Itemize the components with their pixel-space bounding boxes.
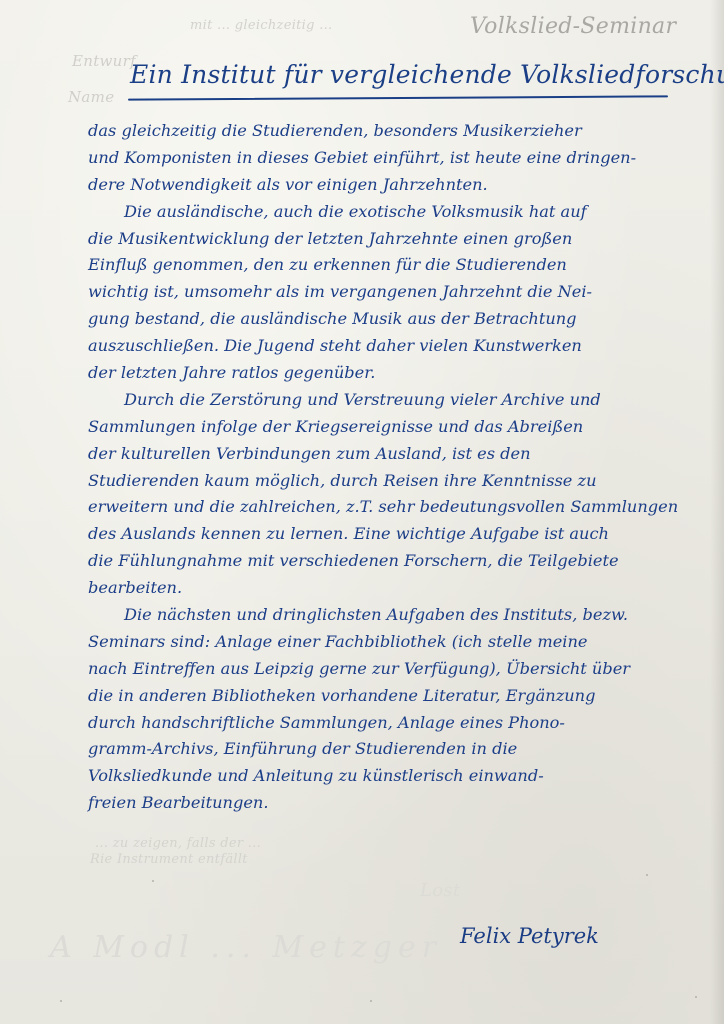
paper-speck — [646, 874, 648, 876]
faded-top-text: mit ... gleichzeitig ... — [190, 18, 333, 33]
text-line: der letzten Jahre ratlos gegenüber. — [88, 360, 698, 387]
header-note: Volkslied-Seminar — [470, 14, 676, 39]
text-line: des Auslands kennen zu lernen. Eine wich… — [88, 521, 698, 548]
text-line: erweitern und die zahlreichen, z.T. sehr… — [88, 494, 698, 521]
text-line: durch handschriftliche Sammlungen, Anlag… — [88, 710, 698, 737]
faded-margin-text: Name — [68, 88, 114, 106]
paper-speck — [152, 880, 154, 882]
text-line: Volksliedkunde und Anleitung zu künstler… — [88, 763, 698, 790]
text-line: und Komponisten in dieses Gebiet einführ… — [88, 145, 698, 172]
text-line: freien Bearbeitungen. — [88, 790, 698, 817]
text-line: die Musikentwicklung der letzten Jahrzeh… — [88, 226, 698, 253]
faded-bottom-large-text: A Modl ... Metzger — [50, 930, 442, 965]
text-line: der kulturellen Verbindungen zum Ausland… — [88, 441, 698, 468]
text-line: Sammlungen infolge der Kriegsereignisse … — [88, 414, 698, 441]
text-line: auszuschließen. Die Jugend steht daher v… — [88, 333, 698, 360]
faded-bottom-mark: Lost — [420, 880, 460, 901]
paper-speck — [695, 996, 697, 998]
text-line: dere Notwendigkeit als vor einigen Jahrz… — [88, 172, 698, 199]
text-line: Einfluß genommen, den zu erkennen für di… — [88, 252, 698, 279]
text-line: Seminars sind: Anlage einer Fachbiblioth… — [88, 629, 698, 656]
paper-speck — [60, 1000, 62, 1002]
paragraph-start-line: Die ausländische, auch die exotische Vol… — [88, 199, 698, 226]
text-line: bearbeiten. — [88, 575, 698, 602]
faded-bottom-text: ... zu zeigen, falls der ... — [95, 836, 261, 851]
document-body: das gleichzeitig die Studierenden, beson… — [88, 118, 698, 817]
faded-margin-text: Entwurf — [72, 52, 136, 70]
document-title: Ein Institut für vergleichende Volkslied… — [130, 60, 690, 89]
text-line: die Fühlungnahme mit verschiedenen Forsc… — [88, 548, 698, 575]
paragraph-start-line: Die nächsten und dringlichsten Aufgaben … — [88, 602, 698, 629]
signature: Felix Petyrek — [460, 924, 599, 948]
text-line: nach Eintreffen aus Leipzig gerne zur Ve… — [88, 656, 698, 683]
page-edge-shadow — [710, 0, 724, 1024]
paragraph-start-line: Durch die Zerstörung und Verstreuung vie… — [88, 387, 698, 414]
text-line: wichtig ist, umsomehr als im vergangenen… — [88, 279, 698, 306]
text-line: gramm-Archivs, Einführung der Studierend… — [88, 736, 698, 763]
text-line: Studierenden kaum möglich, durch Reisen … — [88, 468, 698, 495]
text-line: die in anderen Bibliotheken vorhandene L… — [88, 683, 698, 710]
text-line: gung bestand, die ausländische Musik aus… — [88, 306, 698, 333]
text-line: das gleichzeitig die Studierenden, beson… — [88, 118, 698, 145]
faded-bottom-text: Rie Instrument entfällt — [90, 852, 248, 867]
paper-speck — [370, 1000, 372, 1002]
